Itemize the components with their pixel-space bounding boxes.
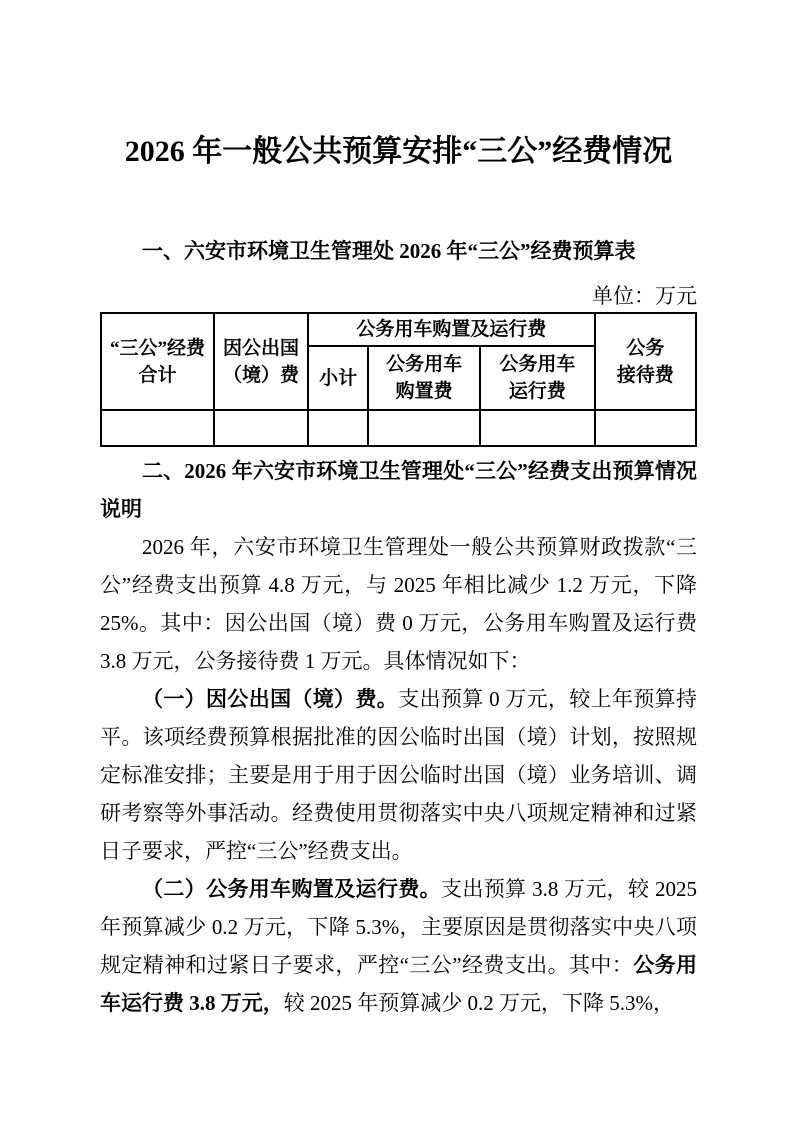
- th-reception-fee: 公务 接待费: [595, 313, 696, 410]
- th-subtotal: 小计: [308, 346, 368, 410]
- paragraph-overview: 2026 年，六安市环境卫生管理处一般公共预算财政拨款“三公”经费支出预算 4.…: [100, 528, 697, 680]
- cell-total: [101, 410, 214, 446]
- th-vehicle-group: 公务用车购置及运行费: [308, 313, 595, 346]
- cell-purchase: [368, 410, 480, 446]
- unit-label: 单位：万元: [100, 282, 697, 310]
- abroad-fee-body: 支出预算 0 万元，较上年预算持平。该项经费预算根据批准的因公临时出国（境）计划…: [100, 687, 697, 863]
- cell-reception: [595, 410, 696, 446]
- cell-subtotal: [308, 410, 368, 446]
- th-vehicle-operation: 公务用车 运行费: [480, 346, 595, 410]
- section1-heading: 一、六安市环境卫生管理处 2026 年“三公”经费预算表: [100, 236, 697, 266]
- vehicle-fee-lead: （二）公务用车购置及运行费。: [142, 877, 441, 901]
- paragraph-abroad-fee: （一）因公出国（境）费。支出预算 0 万元，较上年预算持平。该项经费预算根据批准…: [100, 680, 697, 870]
- th-sangong-total: “三公”经费 合计: [101, 313, 214, 410]
- abroad-fee-lead: （一）因公出国（境）费。: [142, 687, 398, 711]
- cell-operation: [480, 410, 595, 446]
- document-page: 2026 年一般公共预算安排“三公”经费情况 一、六安市环境卫生管理处 2026…: [0, 0, 793, 1122]
- th-abroad-fee: 因公出国 （境）费: [214, 313, 308, 410]
- cell-abroad: [214, 410, 308, 446]
- budget-table: “三公”经费 合计 因公出国 （境）费 公务用车购置及运行费 公务 接待费 小计…: [100, 312, 697, 447]
- table-row: [101, 410, 696, 446]
- th-vehicle-purchase: 公务用车 购置费: [368, 346, 480, 410]
- page-title: 2026 年一般公共预算安排“三公”经费情况: [100, 130, 697, 174]
- paragraph-vehicle-fee: （二）公务用车购置及运行费。支出预算 3.8 万元，较 2025 年预算减少 0…: [100, 870, 697, 1022]
- vehicle-fee-body-2: 较 2025 年预算减少 0.2 万元，下降 5.3%，: [284, 991, 674, 1015]
- section2-heading: 二、2026 年六安市环境卫生管理处“三公”经费支出预算情况说明: [100, 452, 697, 528]
